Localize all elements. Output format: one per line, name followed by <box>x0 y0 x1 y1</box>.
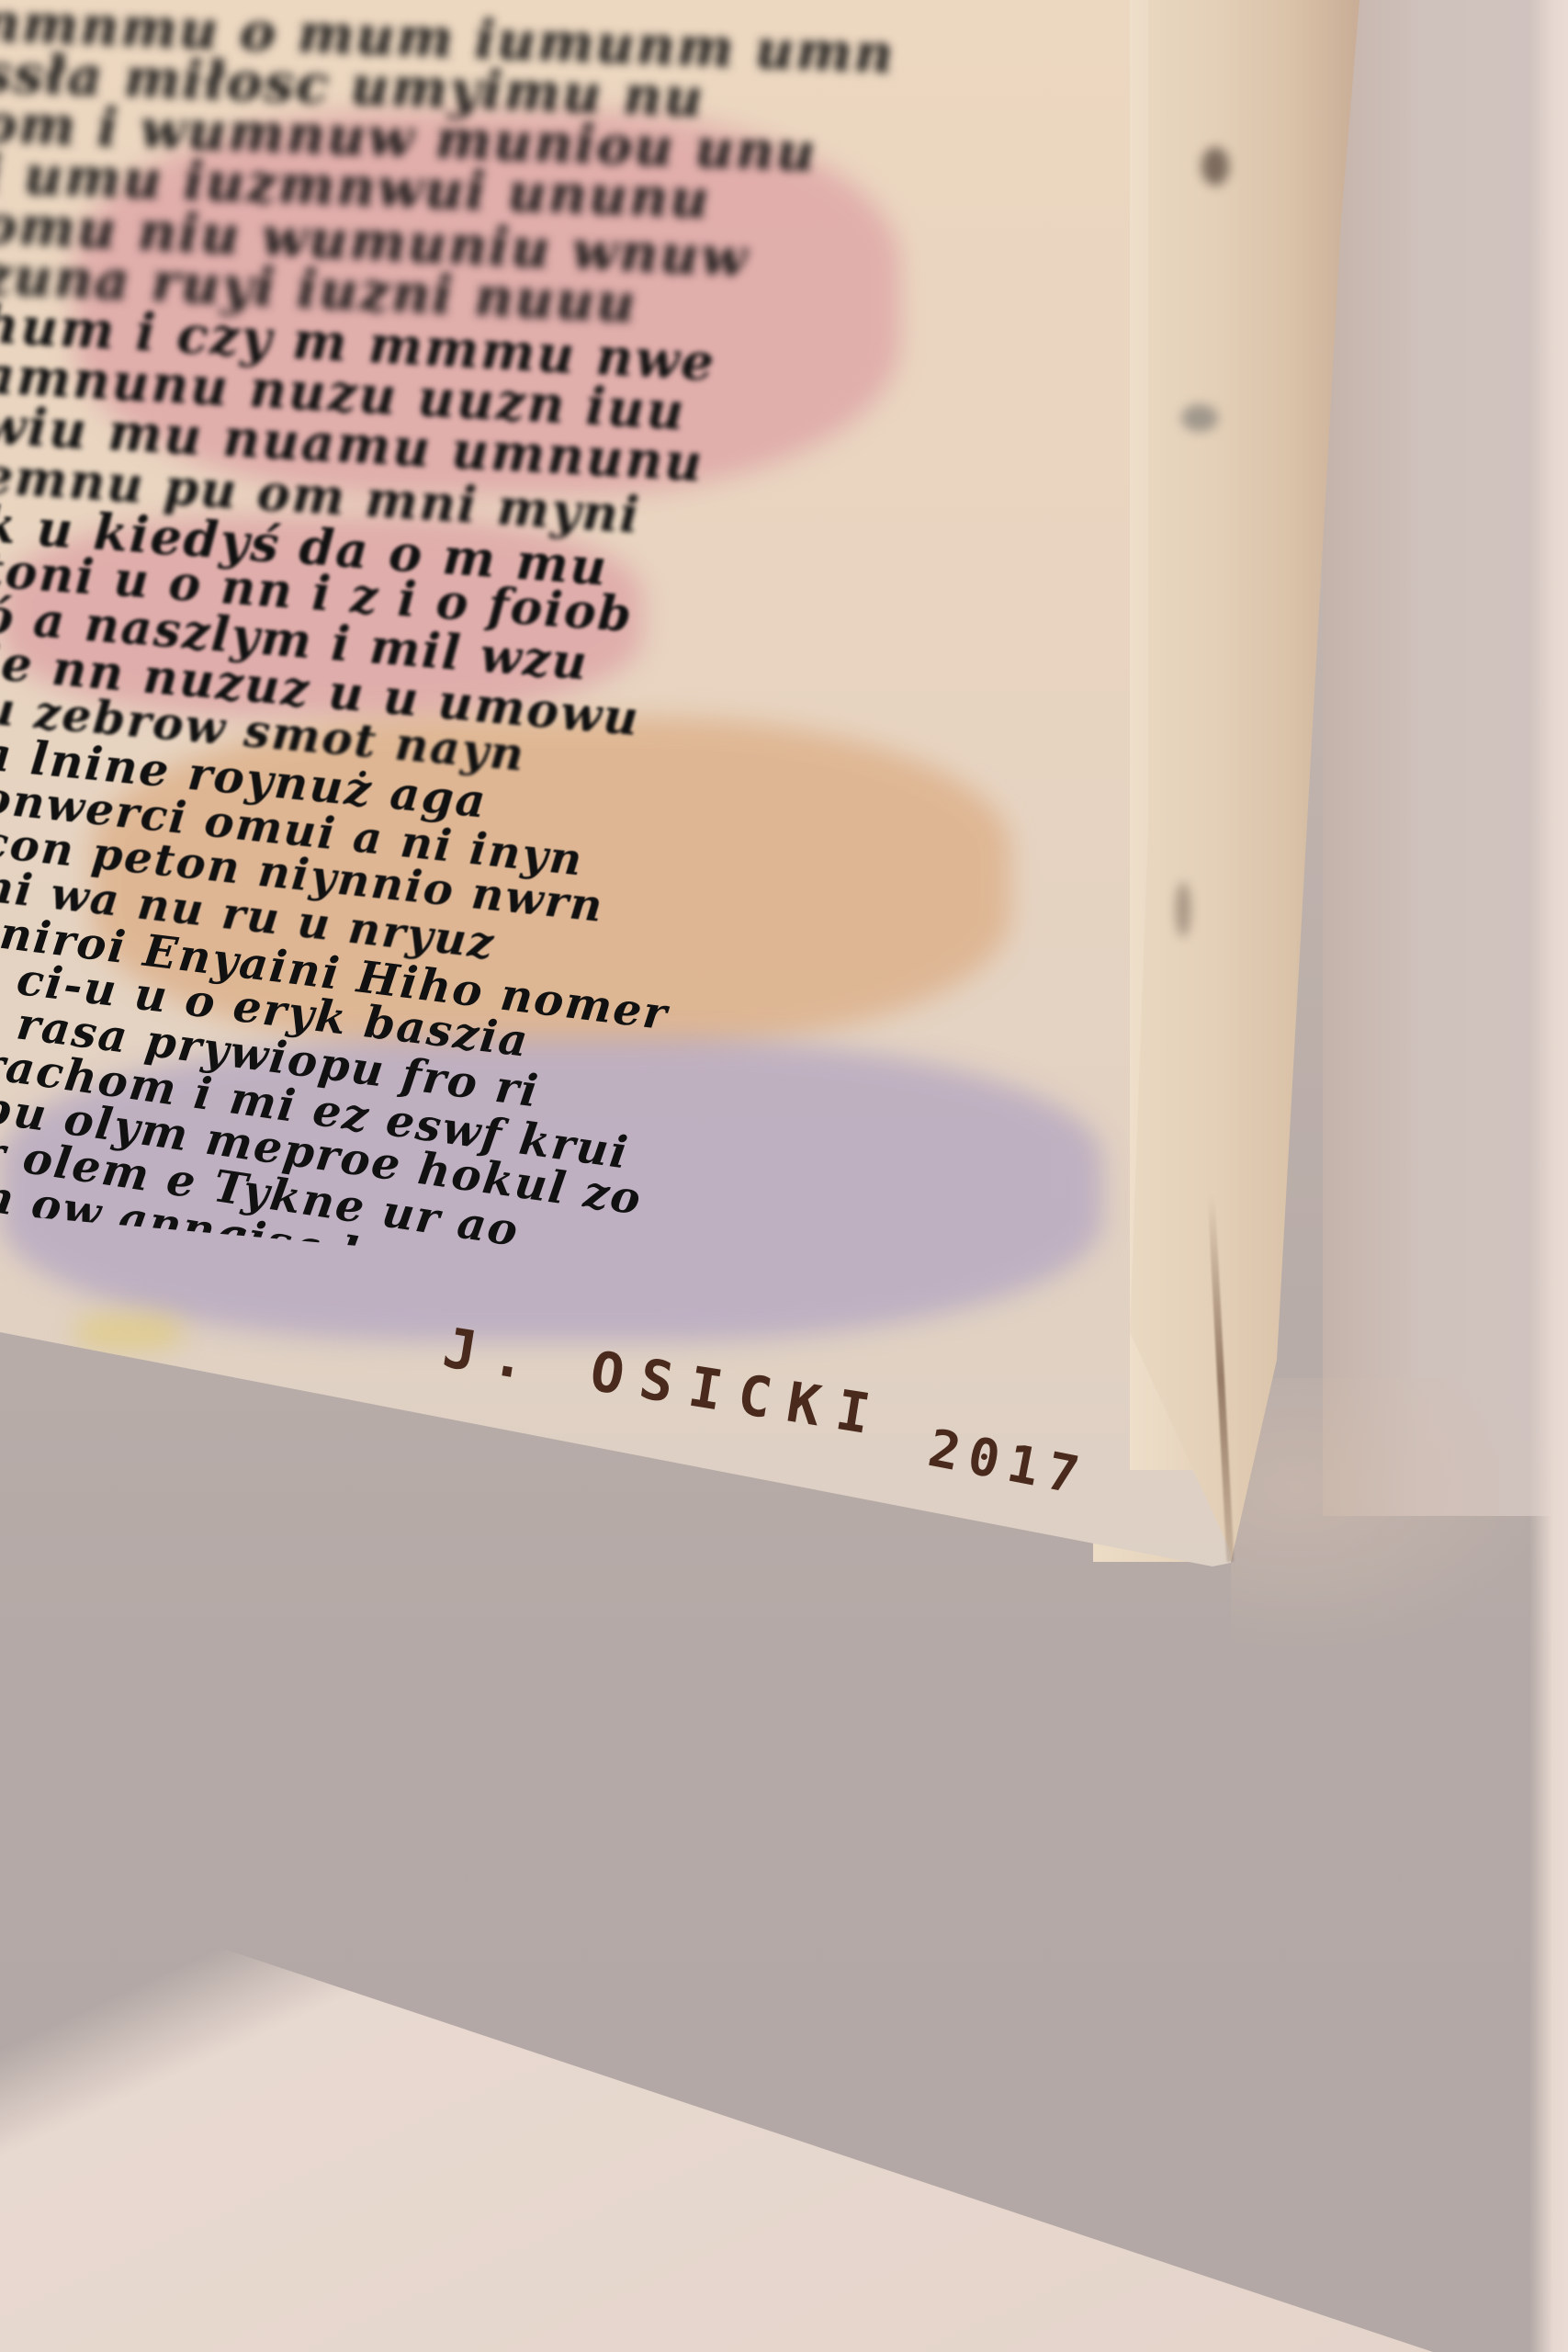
photo-scene: nmnmu o mum iumunm umn ssła miłosc umyim… <box>0 0 1568 2352</box>
yellow-stain <box>73 1314 184 1351</box>
canvas-cast-shadow <box>1231 1378 1562 1654</box>
side-stain <box>1181 404 1218 432</box>
artist-signature-year: 2017 <box>923 1419 1092 1508</box>
canvas-face: nmnmu o mum iumunm umn ssła miłosc umyim… <box>0 0 1231 1566</box>
wall-right-light-strip <box>1529 0 1568 2352</box>
handwritten-text-block: nmnmu o mum iumunm umn ssła miłosc umyim… <box>0 0 1139 1351</box>
side-stain <box>1201 147 1229 186</box>
side-stain <box>1176 882 1190 937</box>
